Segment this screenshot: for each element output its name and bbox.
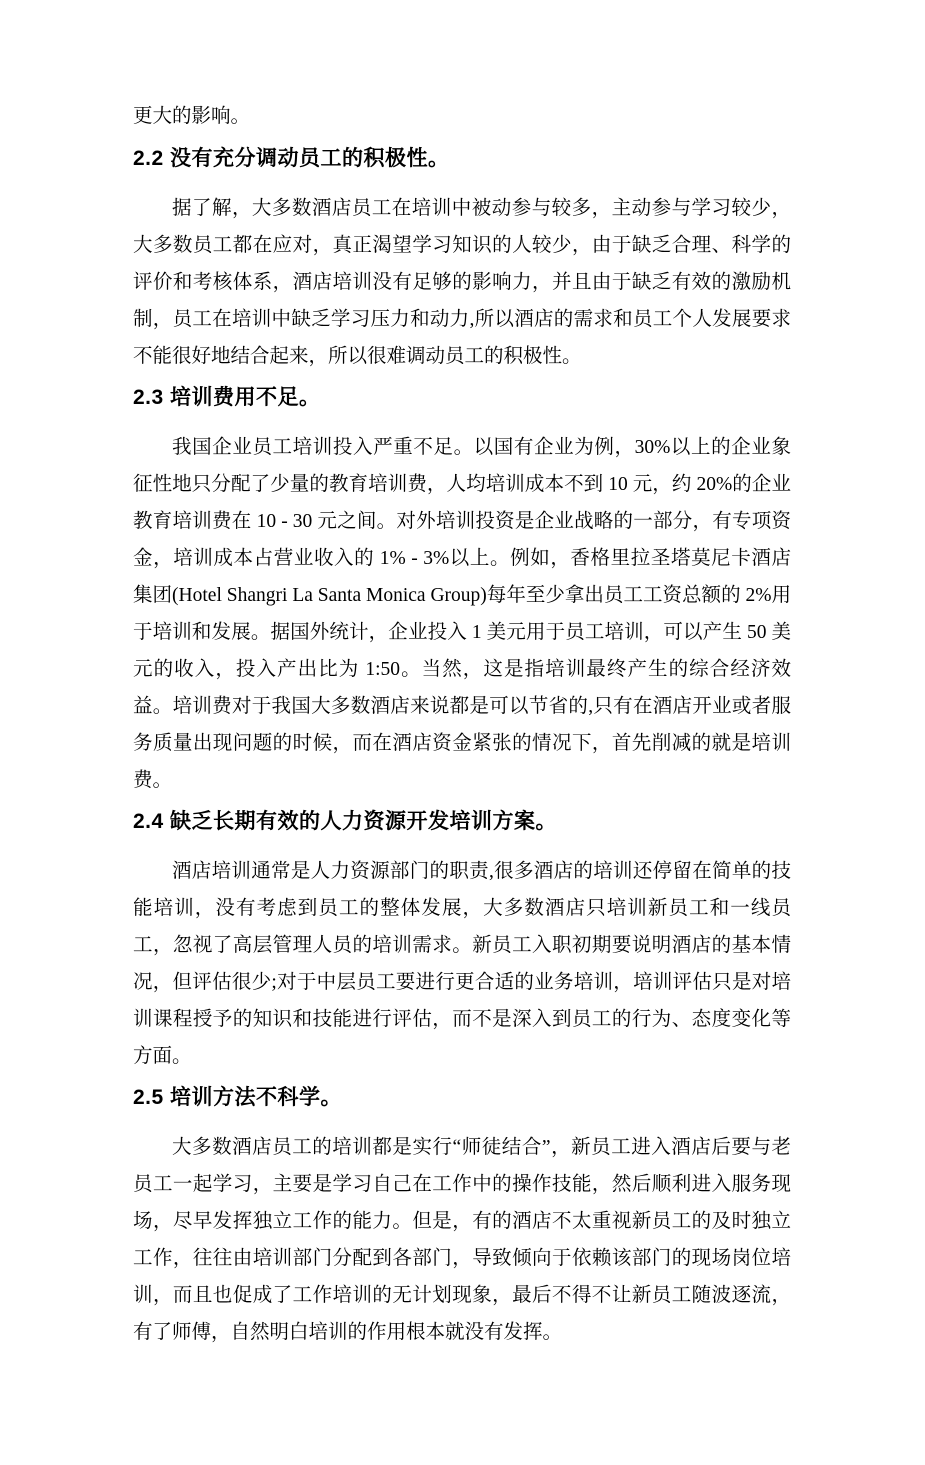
section-2-4-heading: 2.4 缺乏长期有效的人力资源开发培训方案。: [133, 808, 791, 836]
section-2-3-paragraph: 我国企业员工培训投入严重不足。以国有企业为例，30%以上的企业象征性地只分配了少…: [133, 429, 791, 799]
section-2-4: 2.4 缺乏长期有效的人力资源开发培训方案。 酒店培训通常是人力资源部门的职责,…: [133, 808, 791, 1075]
section-2-5: 2.5 培训方法不科学。 大多数酒店员工的培训都是实行“师徒结合”，新员工进入酒…: [133, 1084, 791, 1351]
document-page: 更大的影响。 2.2 没有充分调动员工的积极性。 据了解，大多数酒店员工在培训中…: [0, 0, 925, 1465]
continuation-paragraph: 更大的影响。: [133, 98, 791, 135]
section-2-3: 2.3 培训费用不足。 我国企业员工培训投入严重不足。以国有企业为例，30%以上…: [133, 384, 791, 799]
section-2-2-paragraph: 据了解，大多数酒店员工在培训中被动参与较多，主动参与学习较少，大多数员工都在应对…: [133, 190, 791, 375]
section-2-4-paragraph: 酒店培训通常是人力资源部门的职责,很多酒店的培训还停留在简单的技能培训，没有考虑…: [133, 853, 791, 1075]
section-2-5-heading: 2.5 培训方法不科学。: [133, 1084, 791, 1112]
section-2-5-paragraph: 大多数酒店员工的培训都是实行“师徒结合”，新员工进入酒店后要与老员工一起学习，主…: [133, 1129, 791, 1351]
section-2-2-heading: 2.2 没有充分调动员工的积极性。: [133, 145, 791, 173]
section-2-2: 2.2 没有充分调动员工的积极性。 据了解，大多数酒店员工在培训中被动参与较多，…: [133, 145, 791, 375]
section-2-3-heading: 2.3 培训费用不足。: [133, 384, 791, 412]
